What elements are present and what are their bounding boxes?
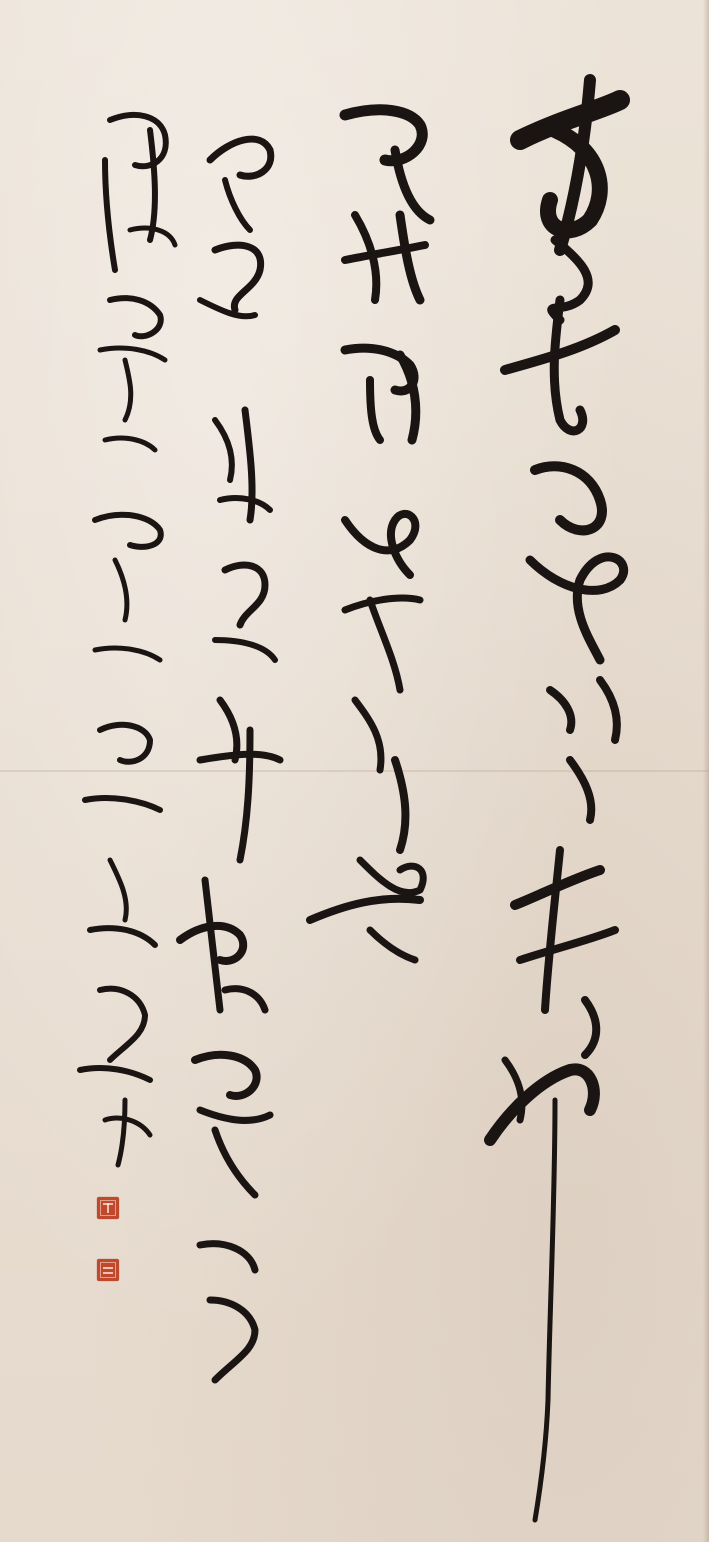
- column-2-strokes: [310, 110, 430, 960]
- seal-lower: [97, 1259, 119, 1281]
- calligraphy-scroll: cursive script (caoshu): [0, 0, 709, 1542]
- column-1-strokes: [490, 80, 624, 1520]
- column-4-strokes: [80, 115, 175, 1165]
- seal-upper: [97, 1197, 119, 1219]
- column-3-strokes: [180, 139, 280, 1380]
- brush-strokes: [0, 0, 709, 1542]
